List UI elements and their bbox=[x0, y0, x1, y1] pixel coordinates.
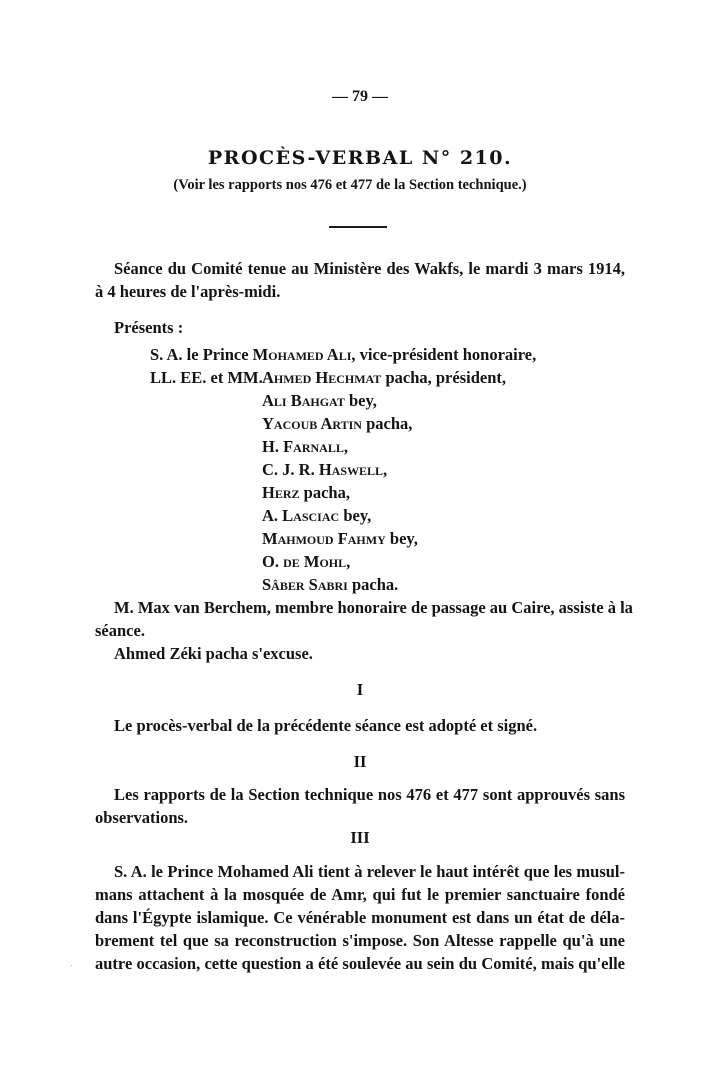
section-3-line: mans attachent à la mosquée de Amr, qui … bbox=[95, 885, 625, 905]
member-title: , bbox=[383, 460, 387, 479]
member-title: pacha, président, bbox=[381, 368, 506, 387]
member-name: Ali Bahgat bbox=[262, 391, 345, 410]
member-entry: Yacoub Artin pacha, bbox=[262, 414, 412, 434]
member-name: O. de Mohl bbox=[262, 552, 346, 571]
member-name: A. Lasciac bbox=[262, 506, 339, 525]
section-2-line-1: Les rapports de la Section technique nos… bbox=[114, 785, 625, 805]
member-entry: H. Farnall, bbox=[262, 437, 348, 457]
scan-speck bbox=[71, 965, 72, 966]
page-title: PROCÈS-VERBAL N° 210. bbox=[0, 147, 720, 169]
session-line-1: Séance du Comité tenue au Ministère des … bbox=[114, 259, 625, 279]
presents-label: Présents : bbox=[114, 318, 183, 338]
member-name: Sâber Sabri bbox=[262, 575, 348, 594]
members-prefix: LL. EE. et MM. bbox=[150, 368, 263, 388]
member-entry: O. de Mohl, bbox=[262, 552, 350, 572]
member-name: Herz bbox=[262, 483, 300, 502]
member-name: H. Farnall bbox=[262, 437, 344, 456]
member-name: C. J. R. Haswell bbox=[262, 460, 383, 479]
member-entry: Mahmoud Fahmy bey, bbox=[262, 529, 418, 549]
section-1-line: Le procès-verbal de la précédente séance… bbox=[114, 716, 537, 736]
guest-line-2: séance. bbox=[95, 621, 145, 641]
member-title: , bbox=[346, 552, 350, 571]
member-entry: A. Lasciac bey, bbox=[262, 506, 371, 526]
member-name: Mahmoud Fahmy bbox=[262, 529, 386, 548]
section-3-line: dans l'Égypte islamique. Ce vénérable mo… bbox=[95, 908, 625, 928]
section-3-line: S. A. le Prince Mohamed Ali tient à rele… bbox=[114, 862, 625, 882]
member-title: pacha. bbox=[348, 575, 398, 594]
section-2-line-2: observations. bbox=[95, 808, 188, 828]
section-3-line: autre occasion, cette question a été sou… bbox=[95, 954, 625, 974]
title-divider bbox=[329, 226, 387, 228]
member-entry: Sâber Sabri pacha. bbox=[262, 575, 398, 595]
section-3-line: brement tel que sa reconstruction s'impo… bbox=[95, 931, 625, 951]
guest-line-1: M. Max van Berchem, membre honoraire de … bbox=[114, 598, 625, 618]
member-title: , bbox=[344, 437, 348, 456]
member-name: Yacoub Artin bbox=[262, 414, 362, 433]
session-line-2: à 4 heures de l'après-midi. bbox=[95, 282, 280, 302]
section-number: I bbox=[0, 680, 720, 700]
document-page: — 79 — PROCÈS-VERBAL N° 210. (Voir les r… bbox=[0, 0, 720, 1078]
member-title: bey, bbox=[345, 391, 377, 410]
member-title: pacha, bbox=[362, 414, 412, 433]
section-number: III bbox=[0, 828, 720, 848]
page-number: — 79 — bbox=[0, 88, 720, 106]
member-title: bey, bbox=[339, 506, 371, 525]
honorary-attendee: S. A. le Prince Mohamed Ali, vice-présid… bbox=[150, 345, 536, 365]
honorary-suffix: , vice-président honoraire, bbox=[351, 345, 536, 364]
honorary-name: Mohamed Ali bbox=[253, 345, 352, 364]
member-title: bey, bbox=[386, 529, 418, 548]
page-subtitle: (Voir les rapports nos 476 et 477 de la … bbox=[0, 177, 710, 194]
section-number: II bbox=[0, 752, 720, 772]
member-entry: Ali Bahgat bey, bbox=[262, 391, 377, 411]
member-name: Ahmed Hechmat bbox=[262, 368, 381, 387]
excused-line: Ahmed Zéki pacha s'excuse. bbox=[114, 644, 313, 664]
member-entry: Ahmed Hechmat pacha, président, bbox=[262, 368, 506, 388]
member-title: pacha, bbox=[300, 483, 350, 502]
member-entry: C. J. R. Haswell, bbox=[262, 460, 387, 480]
honorary-prefix: S. A. le Prince bbox=[150, 345, 249, 364]
member-entry: Herz pacha, bbox=[262, 483, 350, 503]
